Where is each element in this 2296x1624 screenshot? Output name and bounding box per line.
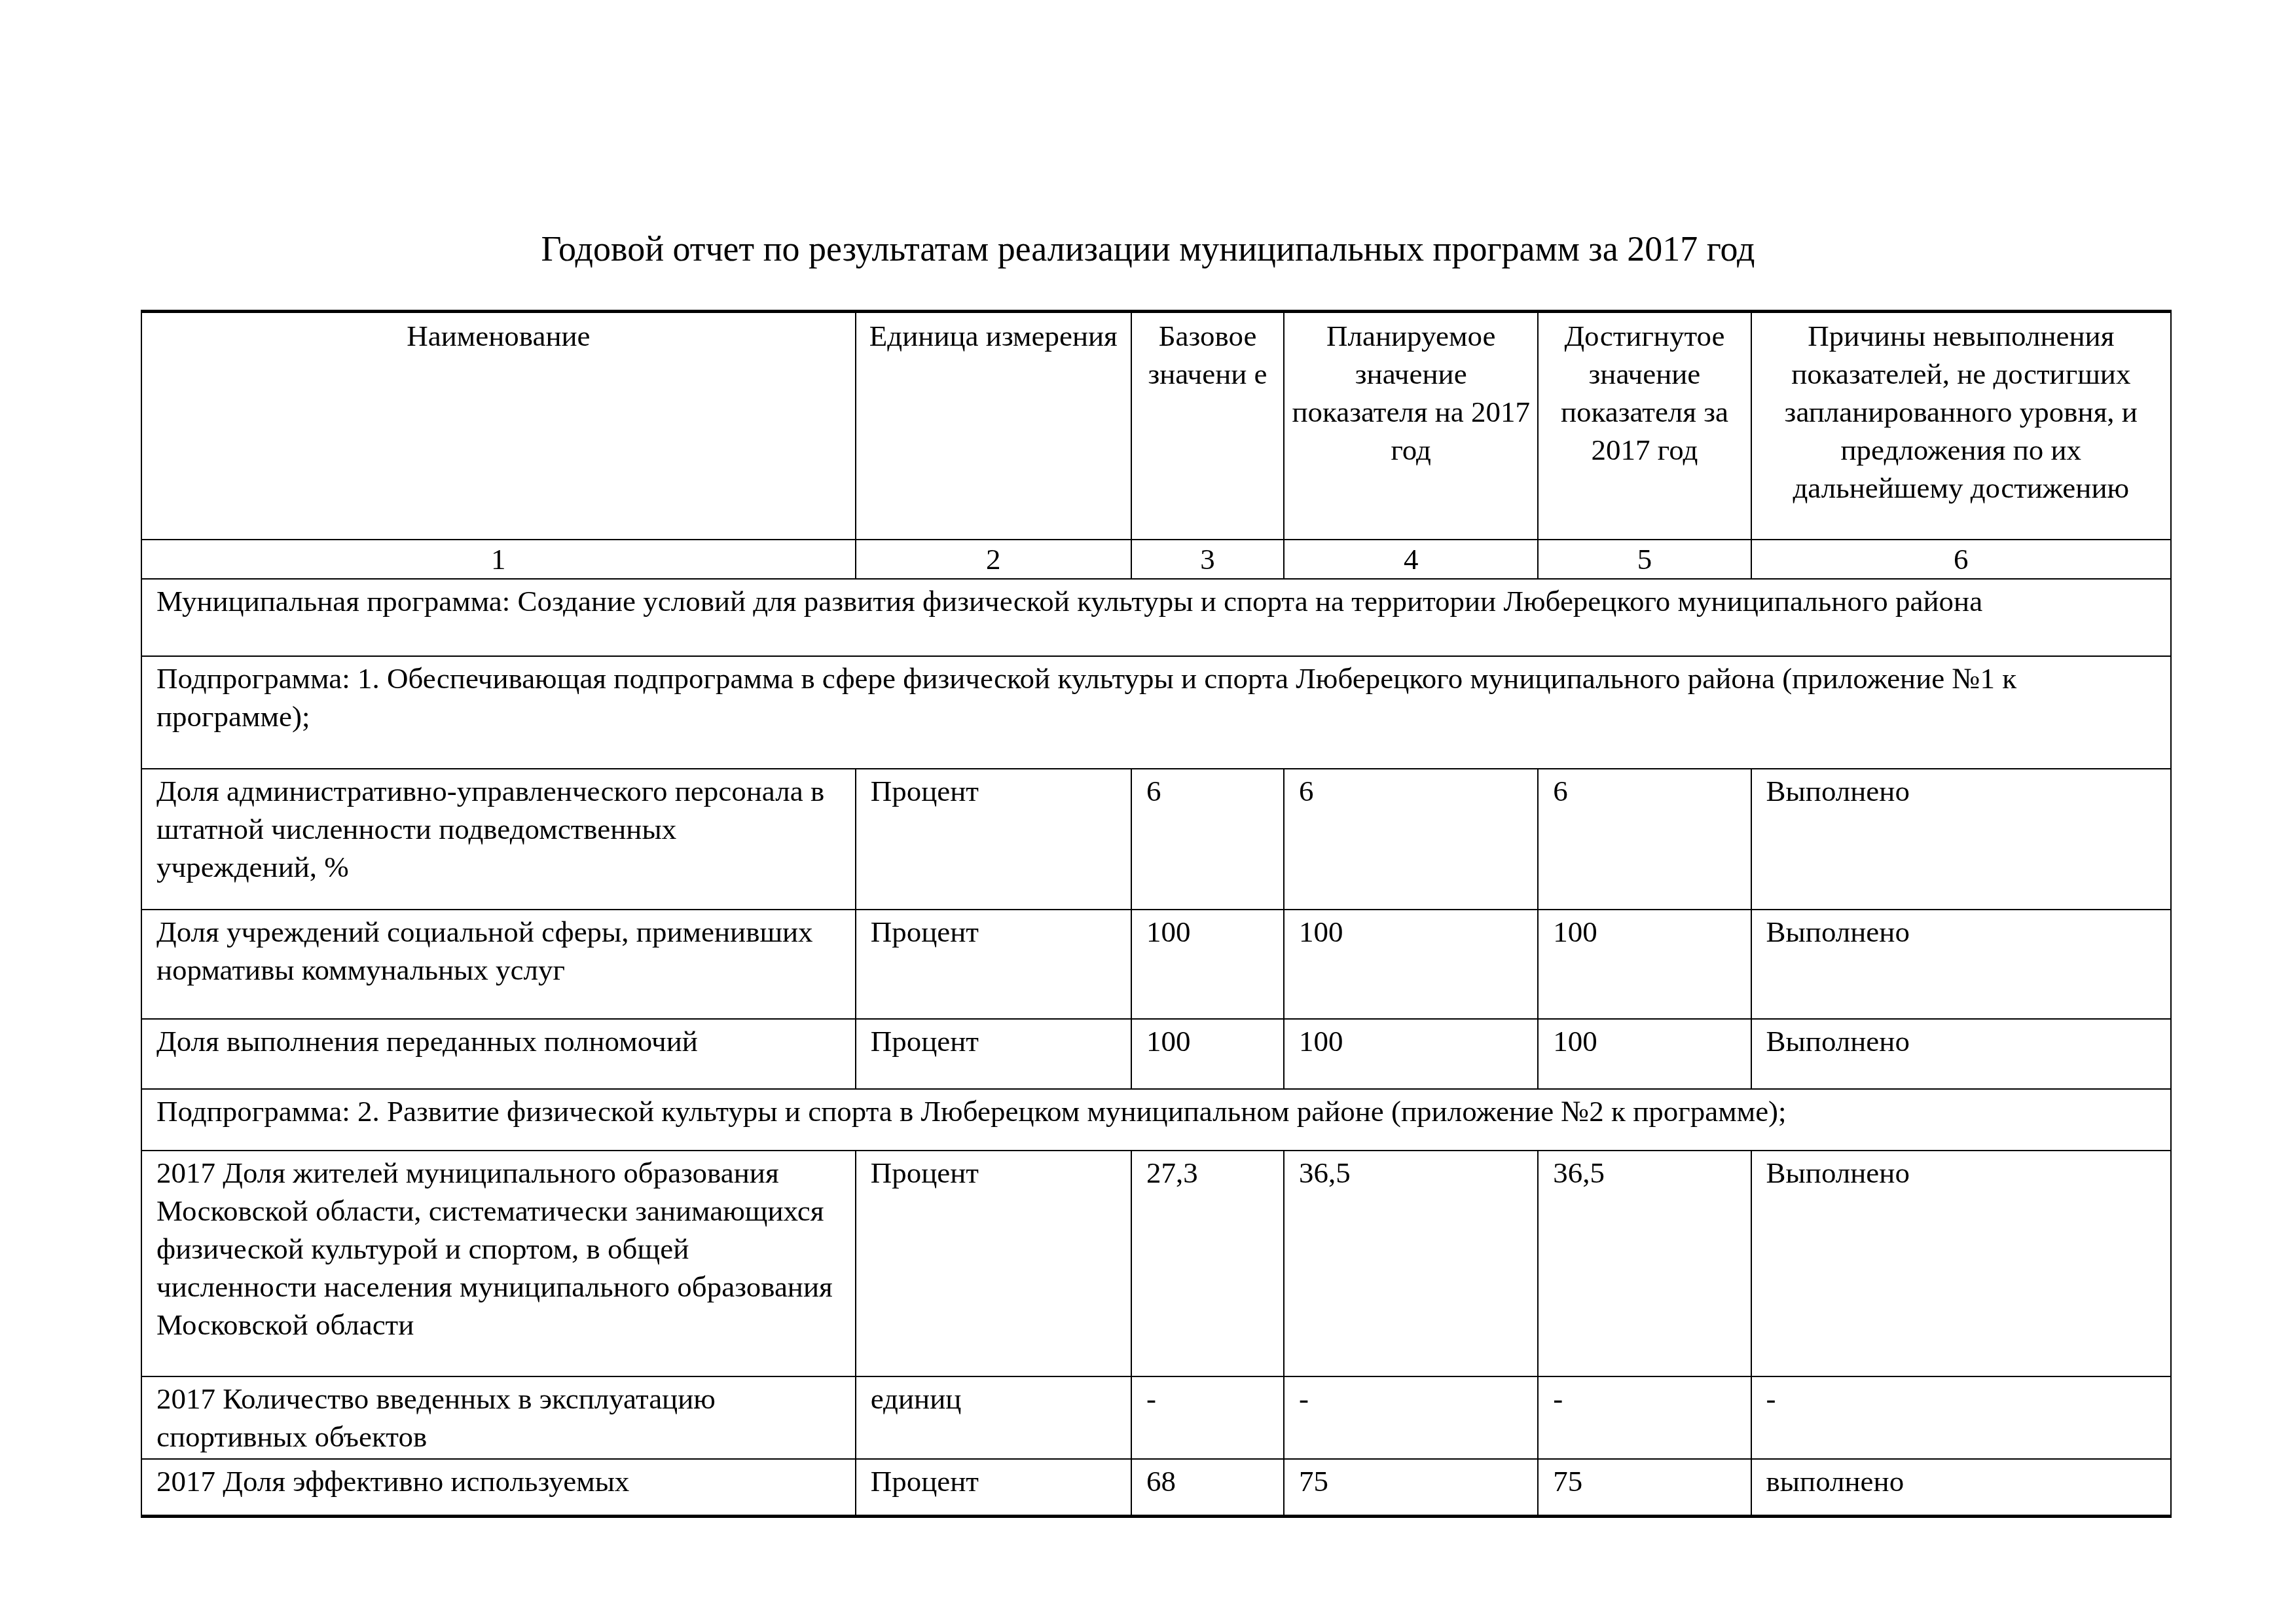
subprogram-row: Подпрограмма: 1. Обеспечивающая подпрогр… [141,656,2171,769]
column-number: 6 [1751,540,2171,579]
table-row: Доля выполнения переданных полномочий Пр… [141,1019,2171,1089]
table-row: Доля учреждений социальной сферы, примен… [141,910,2171,1019]
indicator-unit: Процент [856,1019,1131,1089]
achieved-value: 100 [1538,910,1751,1019]
achieved-value: 6 [1538,769,1751,910]
reason-text: Выполнено [1751,1019,2171,1089]
column-number: 5 [1538,540,1751,579]
column-number-row: 1 2 3 4 5 6 [141,540,2171,579]
reason-text: Выполнено [1751,769,2171,910]
indicator-name: 2017 Доля эффективно используемых [141,1459,856,1517]
reason-text: Выполнено [1751,910,2171,1019]
subprogram-row: Подпрограмма: 2. Развитие физической кул… [141,1089,2171,1151]
reason-text: - [1751,1376,2171,1459]
achieved-value: - [1538,1376,1751,1459]
indicator-name: Доля выполнения переданных полномочий [141,1019,856,1089]
indicator-name: 2017 Доля жителей муниципального образов… [141,1151,856,1376]
planned-value: 100 [1284,910,1538,1019]
indicator-name: Доля административно-управленческого пер… [141,769,856,910]
indicator-name: Доля учреждений социальной сферы, примен… [141,910,856,1019]
column-number: 3 [1131,540,1284,579]
header-base-value: Базовое значени е [1131,312,1284,540]
page-title: Годовой отчет по результатам реализации … [0,228,2296,270]
indicator-unit: единиц [856,1376,1131,1459]
indicator-name: 2017 Количество введенных в эксплуатацию… [141,1376,856,1459]
base-value: 6 [1131,769,1284,910]
base-value: 68 [1131,1459,1284,1517]
column-number: 4 [1284,540,1538,579]
indicator-unit: Процент [856,910,1131,1019]
report-table: Наименование Единица измерения Базовое з… [141,310,2172,1518]
header-name: Наименование [141,312,856,540]
header-achieved-value: Достигнутое значение показателя за 2017 … [1538,312,1751,540]
subprogram-title: Подпрограмма: 2. Развитие физической кул… [141,1089,2171,1151]
table-row: Доля административно-управленческого пер… [141,769,2171,910]
base-value: 100 [1131,910,1284,1019]
base-value: 100 [1131,1019,1284,1089]
table-row: 2017 Доля эффективно используемых Процен… [141,1459,2171,1517]
header-unit: Единица измерения [856,312,1131,540]
reason-text: выполнено [1751,1459,2171,1517]
table-row: 2017 Количество введенных в эксплуатацию… [141,1376,2171,1459]
planned-value: 36,5 [1284,1151,1538,1376]
table-header-row: Наименование Единица измерения Базовое з… [141,312,2171,540]
reason-text: Выполнено [1751,1151,2171,1376]
program-title: Муниципальная программа: Создание услови… [141,579,2171,656]
column-number: 2 [856,540,1131,579]
planned-value: - [1284,1376,1538,1459]
header-planned-value: Планируемое значение показателя на 2017 … [1284,312,1538,540]
indicator-unit: Процент [856,769,1131,910]
indicator-unit: Процент [856,1151,1131,1376]
indicator-unit: Процент [856,1459,1131,1517]
planned-value: 6 [1284,769,1538,910]
base-value: 27,3 [1131,1151,1284,1376]
column-number: 1 [141,540,856,579]
subprogram-title: Подпрограмма: 1. Обеспечивающая подпрогр… [141,656,2171,769]
achieved-value: 100 [1538,1019,1751,1089]
achieved-value: 75 [1538,1459,1751,1517]
achieved-value: 36,5 [1538,1151,1751,1376]
planned-value: 100 [1284,1019,1538,1089]
base-value: - [1131,1376,1284,1459]
program-row: Муниципальная программа: Создание услови… [141,579,2171,656]
planned-value: 75 [1284,1459,1538,1517]
header-reasons: Причины невыполнения показателей, не дос… [1751,312,2171,540]
table-row: 2017 Доля жителей муниципального образов… [141,1151,2171,1376]
